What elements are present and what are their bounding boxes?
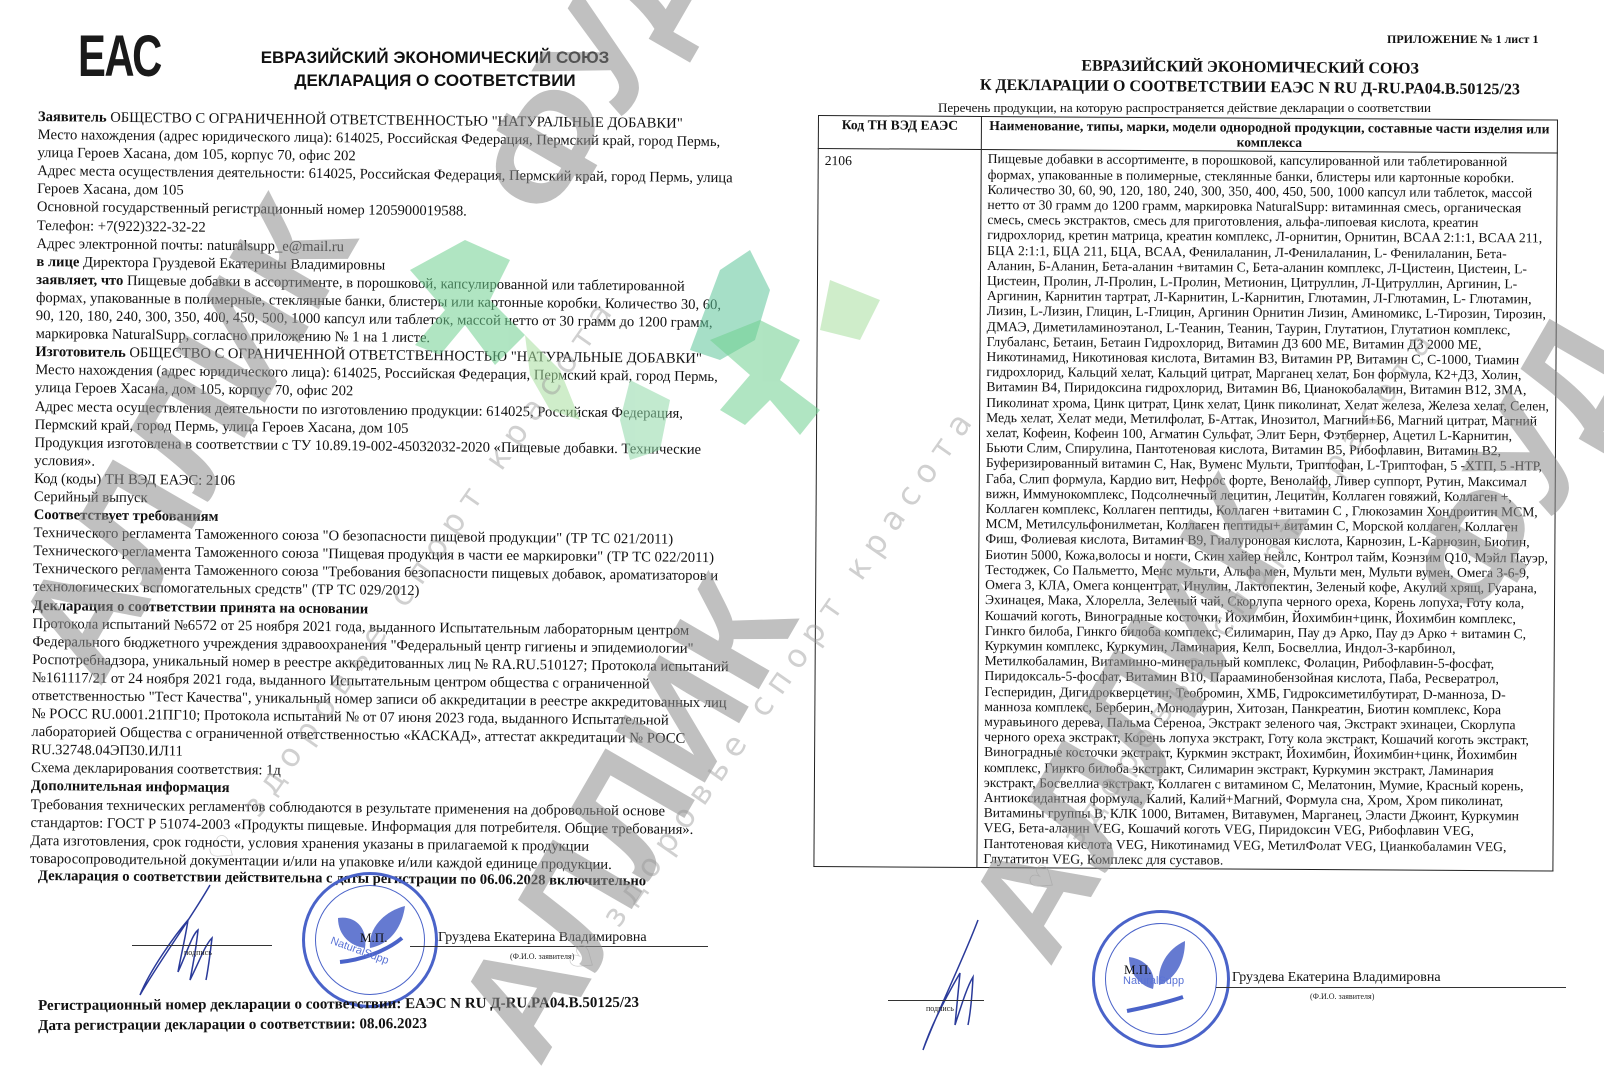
paragraph-label: Декларация о соответствии принята на осн… [33, 598, 369, 618]
appendix-number: ПРИЛОЖЕНИЕ № 1 лист 1 [1387, 32, 1538, 47]
page-header: ЕВРАЗИЙСКИЙ ЭКОНОМИЧЕСКИЙ СОЮЗ ДЕКЛАРАЦИ… [235, 46, 635, 92]
paragraph-text: Код (коды) ТН ВЭД ЕАЭС: 2106 [34, 471, 235, 489]
registration-date: Дата регистрации декларации о соответств… [38, 1013, 639, 1036]
column-header-code: Код ТН ВЭД ЕАЭС [818, 116, 981, 150]
header-union: ЕВРАЗИЙСКИЙ ЭКОНОМИЧЕСКИЙ СОЮЗ [235, 46, 635, 69]
paragraph-label: в лице [36, 254, 79, 270]
signature-line [888, 1000, 984, 1001]
paragraph-text: Протокола испытаний №6572 от 25 ноября 2… [31, 616, 729, 760]
company-stamp: NaturalSupp [1092, 910, 1230, 1048]
paragraph-text: Требования технических регламентов соблю… [30, 797, 693, 838]
paragraph-text: Технического регламента Таможенного союз… [33, 561, 718, 599]
signature-icon [130, 880, 240, 1000]
table-header-row: Код ТН ВЭД ЕАЭС Наименование, типы, марк… [818, 116, 1557, 154]
paragraph-label: Заявитель [38, 109, 107, 126]
name-line [410, 946, 708, 947]
paragraph-label: Соответствует требованиям [34, 507, 219, 525]
paragraph-text: Продукция изготовлена в соответствии с Т… [34, 435, 701, 470]
signature-icon [918, 915, 988, 1055]
header-title: ДЕКЛАРАЦИЯ О СООТВЕТСТВИИ [235, 69, 635, 92]
eac-logo: ЕАС [78, 28, 161, 86]
signature-line [132, 945, 272, 946]
column-header-description: Наименование, типы, марки, модели одноро… [981, 116, 1557, 153]
paragraph-text: Место нахождения (адрес юридического лиц… [37, 127, 720, 164]
table-row: 2106 Пищевые добавки в ассортименте, в п… [814, 149, 1557, 871]
product-table: Код ТН ВЭД ЕАЭС Наименование, типы, марк… [813, 115, 1558, 871]
signer-name: Груздева Екатерина Владимировна [1232, 970, 1441, 986]
signer-caption: (Ф.И.О. заявителя) [1310, 992, 1374, 1001]
paragraph-label: заявляет, что [36, 272, 123, 289]
paragraph-label: Дополнительная информация [31, 778, 230, 796]
signer-name: Груздева Екатерина Владимировна [438, 930, 647, 946]
paragraph-text: Пищевые добавки в ассортименте, в порошк… [36, 273, 722, 346]
paragraph-text: Место нахождения (адрес юридического лиц… [35, 362, 718, 399]
paragraph-text: Адрес места осуществления деятельности п… [35, 398, 683, 436]
name-line [1216, 987, 1566, 988]
paragraph-text: Директора Груздевой Екатерины Владимиров… [79, 254, 385, 273]
paragraph-text: Дата изготовления, срок годности, услови… [30, 833, 612, 873]
signature-caption: подпись [184, 948, 212, 957]
paragraph-text: Адрес места осуществления деятельности: … [37, 163, 733, 199]
signature-caption: подпись [926, 1004, 954, 1013]
paragraph-text: Адрес электронной почты: naturalsupp_e@m… [36, 236, 344, 255]
table-caption: Перечень продукции, на которую распростр… [938, 100, 1431, 116]
cell-description: Пищевые добавки в ассортименте, в порошк… [977, 150, 1557, 871]
paragraph-text: Серийный выпуск [34, 489, 148, 506]
paragraph-label: Изготовитель [35, 344, 126, 361]
declaration-body: Заявитель ОБЩЕСТВО С ОГРАНИЧЕННОЙ ОТВЕТС… [30, 108, 738, 875]
paragraph-text: Телефон: +7(922)322-32-22 [37, 218, 206, 236]
cell-code: 2106 [814, 149, 981, 868]
declaration-paragraph: заявляет, что Пищевые добавки в ассортим… [36, 271, 737, 351]
paragraph-text: Схема декларирования соответствия: 1д [31, 760, 281, 779]
stamp-mark: М.П. [1124, 962, 1151, 978]
registration-number: Регистрационный номер декларации о соотв… [38, 993, 639, 1016]
appendix-header: ЕВРАЗИЙСКИЙ ЭКОНОМИЧЕСКИЙ СОЮЗ К ДЕКЛАРА… [960, 55, 1540, 100]
declaration-paragraph: Протокола испытаний №6572 от 25 ноября 2… [31, 615, 732, 767]
registration-block: Регистрационный номер декларации о соотв… [38, 993, 639, 1036]
stamp-mark: М.П. [360, 930, 387, 946]
declaration-page: ЕАС ЕВРАЗИЙСКИЙ ЭКОНОМИЧЕСКИЙ СОЮЗ ДЕКЛА… [0, 0, 790, 1080]
signer-caption: (Ф.И.О. заявителя) [510, 952, 574, 961]
